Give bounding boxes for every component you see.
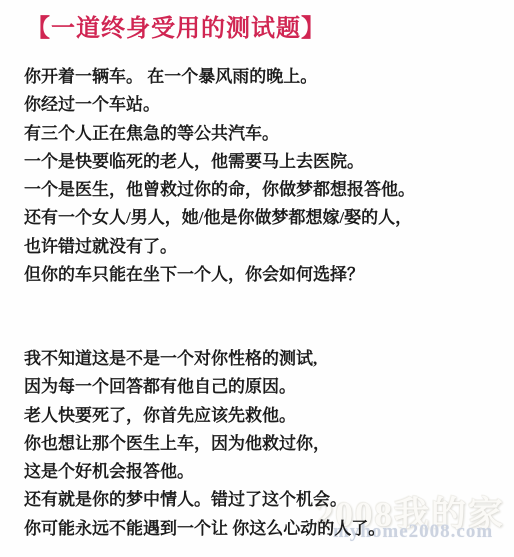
page-title: 【一道终身受用的测试题】 [26, 8, 326, 43]
story-line: 还有一个女人/男人，她/他是你做梦都想嫁/娶的人， [24, 204, 415, 232]
story-line: 你开着一辆车。 在一个暴风雨的晚上。 [24, 63, 415, 91]
story-line: 有三个人正在焦急的等公共汽车。 [24, 120, 415, 148]
analysis-line: 老人快要死了，你首先应该先救他。 [24, 402, 385, 430]
story-line: 你经过一个车站。 [24, 91, 415, 119]
story-line: 一个是医生，他曾救过你的命，你做梦都想报答他。 [24, 176, 415, 204]
story-paragraph: 你开着一辆车。 在一个暴风雨的晚上。 你经过一个车站。 有三个人正在焦急的等公共… [24, 63, 415, 289]
analysis-line: 你可能永远不能遇到一个让 你这么心动的人了。 [24, 515, 385, 543]
story-line: 一个是快要临死的老人，他需要马上去医院。 [24, 148, 415, 176]
analysis-line: 这是个好机会报答他。 [24, 458, 385, 486]
document-page: 【一道终身受用的测试题】 你开着一辆车。 在一个暴风雨的晚上。 你经过一个车站。… [0, 0, 514, 557]
analysis-line: 我不知道这是不是一个对你性格的测试, [24, 345, 385, 373]
story-line: 也许错过就没有了。 [24, 233, 415, 261]
analysis-line: 你也想让那个医生上车，因为他救过你， [24, 430, 385, 458]
analysis-line: 因为每一个回答都有他自己的原因。 [24, 373, 385, 401]
story-line: 但你的车只能在坐下一个人，你会如何选择？ [24, 261, 415, 289]
analysis-paragraph: 我不知道这是不是一个对你性格的测试, 因为每一个回答都有他自己的原因。 老人快要… [24, 345, 385, 543]
analysis-line: 还有就是你的梦中情人。错过了这个机会。 [24, 486, 385, 514]
